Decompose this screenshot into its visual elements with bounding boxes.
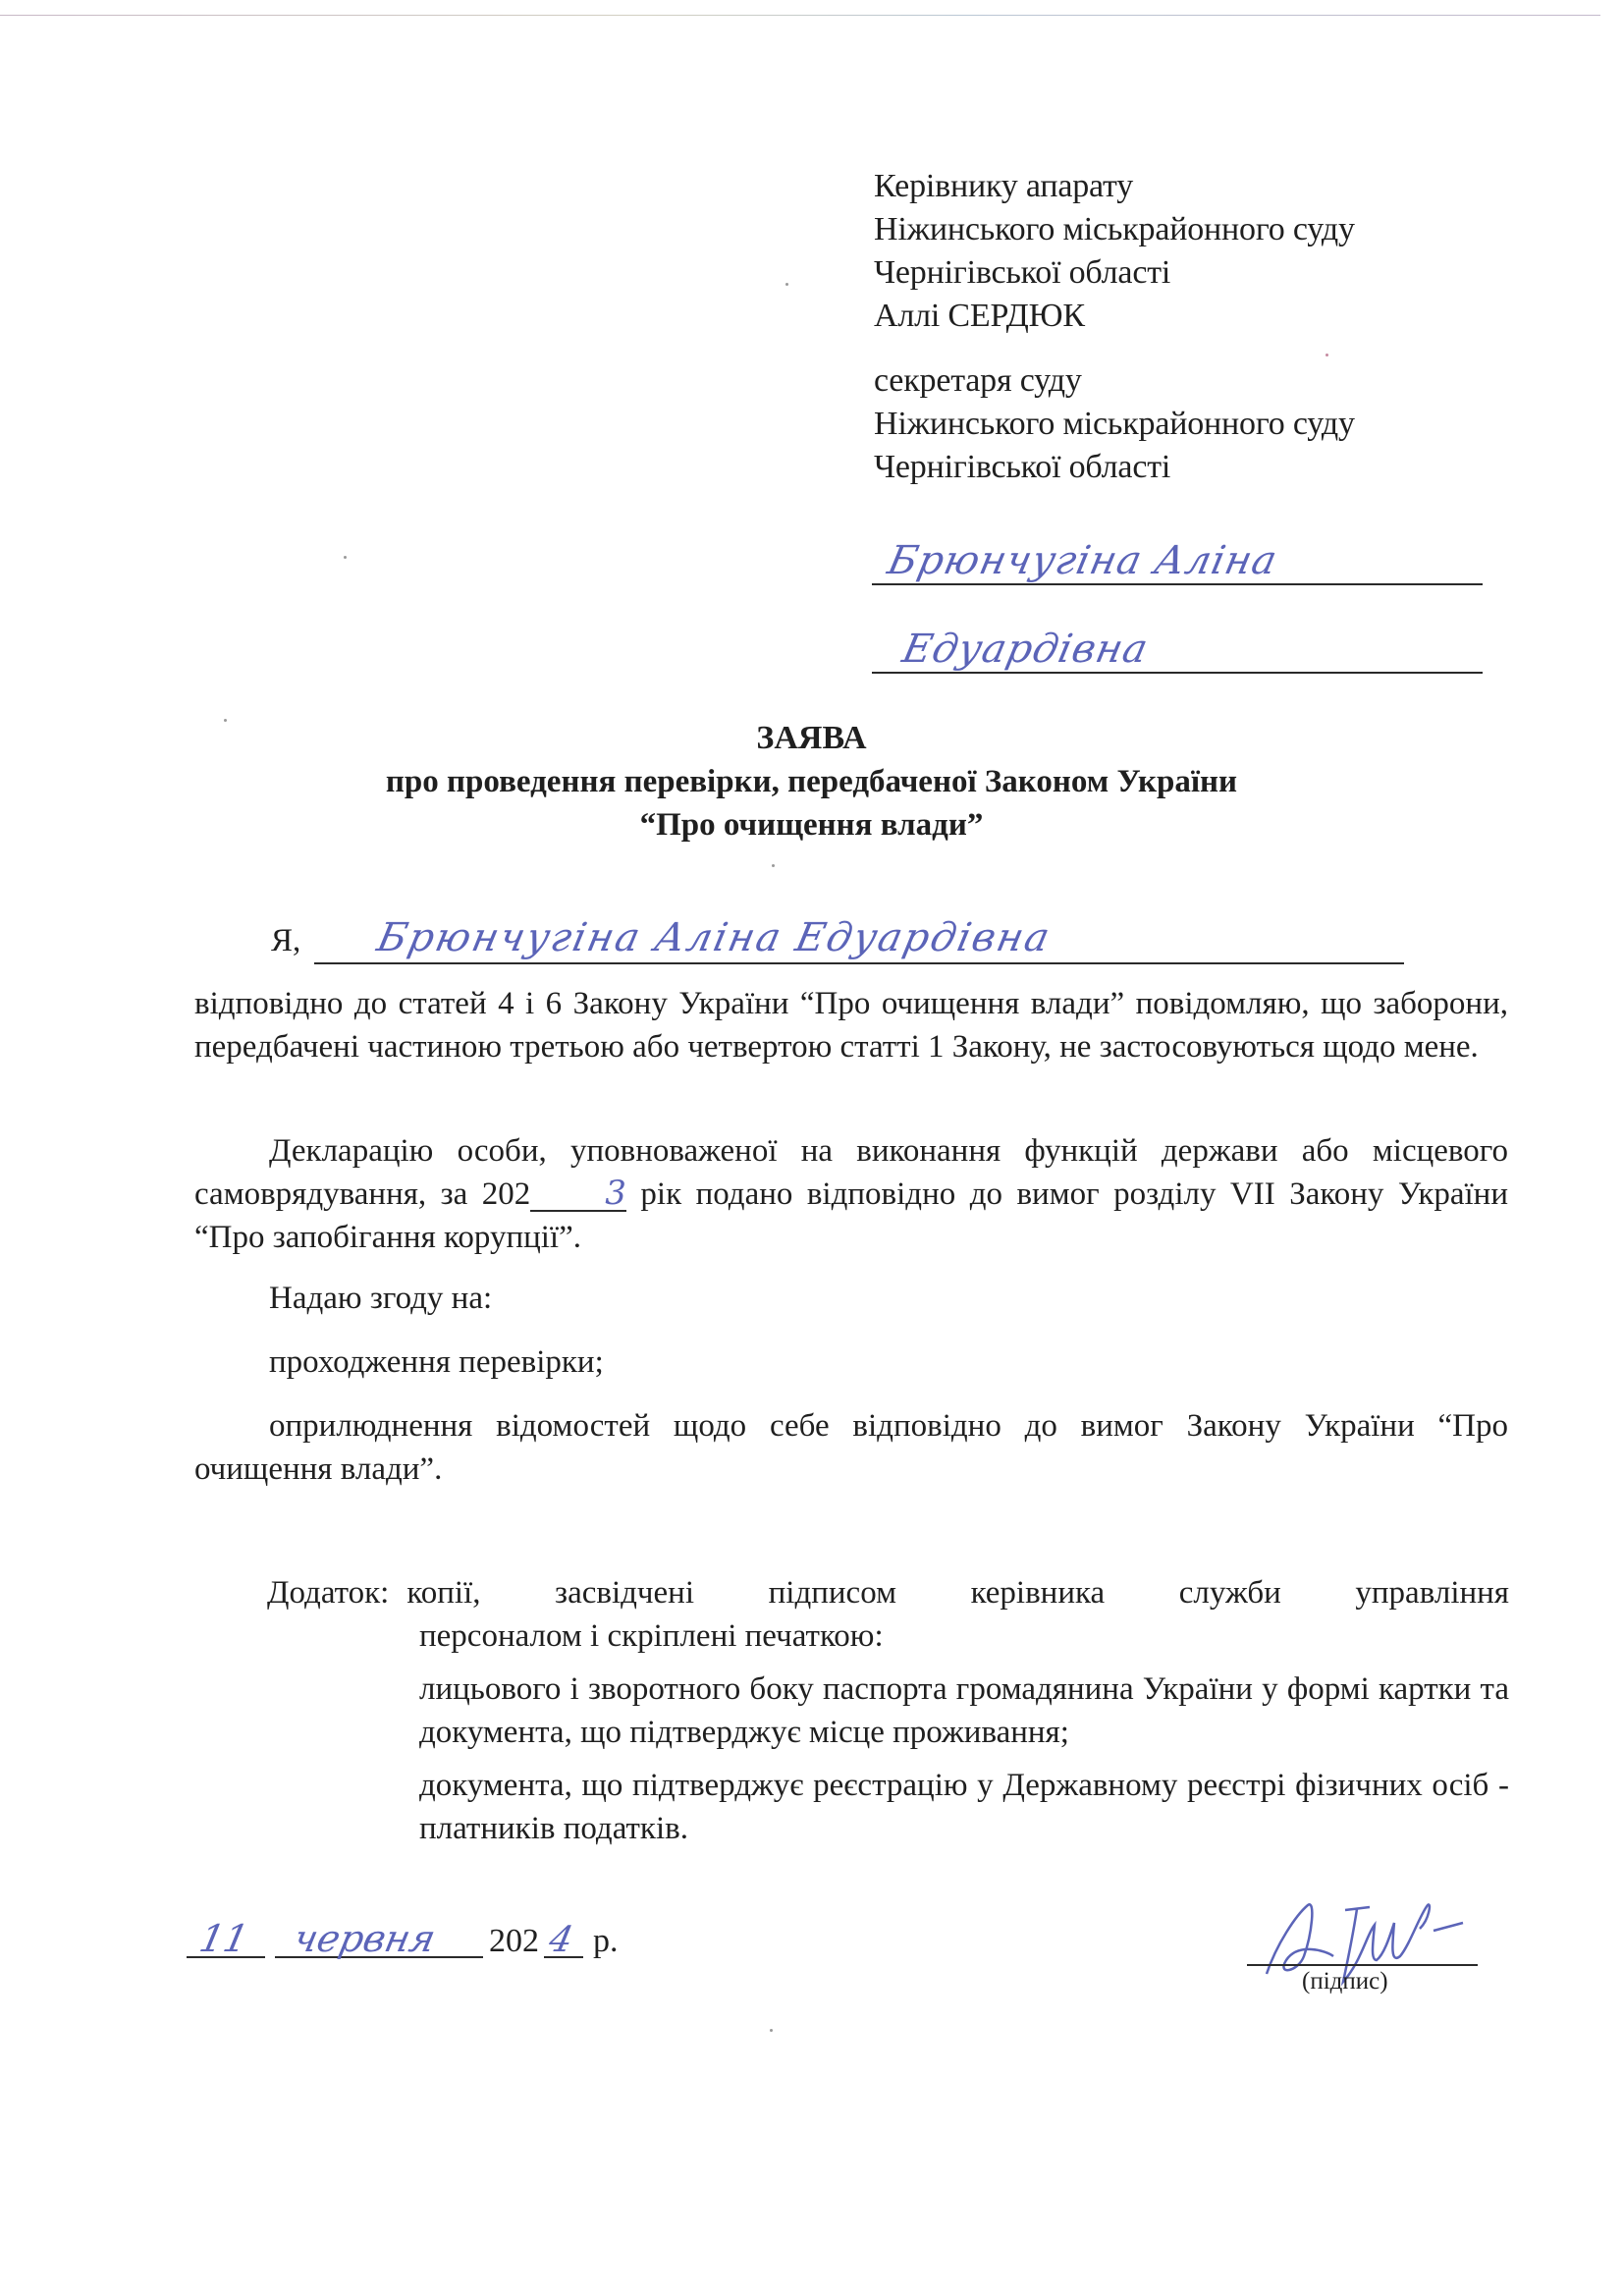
date-month-handwritten: червня: [290, 1917, 439, 1960]
attachment-header-row: Додаток: копії, засвідчені підписом кері…: [267, 1571, 1509, 1614]
declaration-year-digit: 3: [605, 1174, 626, 1213]
attachment-item-tax-id: документа, що підтверджує реєстрацію у Д…: [419, 1764, 1509, 1850]
applicant-name-handwritten-1: Брюнчугіна Аліна: [884, 538, 1281, 583]
paragraph-legal-basis: відповідно до статей 4 і 6 Закону Україн…: [194, 982, 1508, 1068]
recipient-block: Керівнику апарату Ніжинського міськрайон…: [874, 165, 1355, 338]
sender-line: секретаря суду: [874, 359, 1355, 403]
addressee-block: Керівнику апарату Ніжинського міськрайон…: [874, 165, 1355, 489]
intro-name-handwritten: Брюнчугіна Аліна Едуардівна: [373, 915, 1055, 960]
title-main: ЗАЯВА: [0, 717, 1623, 760]
recipient-name: Аллі СЕРДЮК: [874, 295, 1355, 338]
applicant-name-handwritten-2: Едуардівна: [898, 627, 1153, 672]
applicant-name-line-2: [872, 672, 1483, 674]
attachment-block: Додаток: копії, засвідчені підписом кері…: [267, 1571, 1509, 1850]
paragraph-declaration: Декларацію особи, уповноваженої на викон…: [194, 1129, 1508, 1259]
scan-speck: [785, 283, 788, 286]
attachment-first-line-cont: персоналом і скріплені печаткою:: [419, 1614, 1509, 1658]
signature-block: (підпис): [1247, 1866, 1483, 2003]
consent-heading: Надаю згоду на:: [194, 1277, 1508, 1320]
declaration-year-fill: 3: [530, 1177, 626, 1212]
scan-speck: [770, 2029, 773, 2032]
title-subtitle-1: про проведення перевірки, передбаченої З…: [0, 760, 1623, 803]
recipient-line: Ніжинського міськрайонного суду: [874, 208, 1355, 251]
applicant-name-line-1: [872, 583, 1483, 585]
date-day-handwritten: 11: [195, 1917, 252, 1960]
recipient-line: Керівнику апарату: [874, 165, 1355, 208]
signature-line: [1247, 1964, 1478, 1966]
recipient-line: Чернігівської області: [874, 251, 1355, 295]
consent-item-publication: оприлюднення відомостей щодо себе відпов…: [194, 1404, 1508, 1491]
sender-line: Ніжинського міськрайонного суду: [874, 403, 1355, 446]
sender-block: секретаря суду Ніжинського міськрайонног…: [874, 359, 1355, 489]
intro-name-line: [314, 962, 1404, 964]
document-title: ЗАЯВА про проведення перевірки, передбач…: [0, 717, 1623, 847]
title-subtitle-2: “Про очищення влади”: [0, 803, 1623, 847]
scan-speck: [344, 556, 347, 559]
attachment-label: Додаток:: [267, 1571, 389, 1614]
scan-edge-line: [0, 15, 1600, 16]
signature-caption: (підпис): [1302, 1968, 1388, 1995]
scan-speck: [1325, 354, 1328, 356]
date-row: 11 червня 202 4 р.: [187, 1915, 658, 1964]
scan-speck: [772, 864, 775, 867]
sender-line: Чернігівської області: [874, 446, 1355, 489]
date-suffix: р.: [593, 1923, 619, 1960]
date-year-prefix: 202: [489, 1923, 539, 1960]
consent-item-verification: проходження перевірки;: [194, 1340, 1508, 1384]
attachment-item-passport: лицьового і зворотного боку паспорта гро…: [419, 1667, 1509, 1754]
attachment-first-line: копії, засвідчені підписом керівника слу…: [406, 1571, 1509, 1614]
scan-speck: [224, 719, 227, 722]
intro-prefix: Я,: [271, 923, 300, 959]
